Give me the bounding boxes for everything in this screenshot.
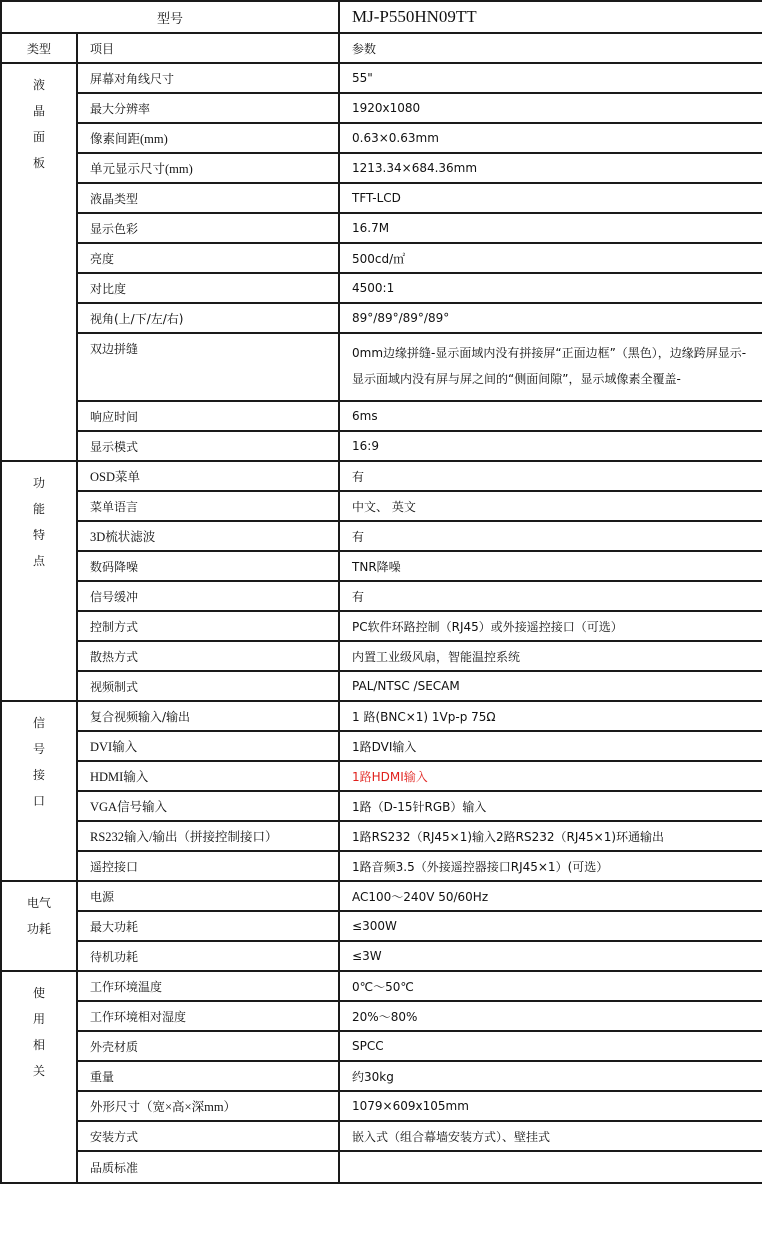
item-label: 工作环境温度 [77,971,339,1001]
table-row: VGA信号输入 1路（D-15针RGB）输入 [1,791,762,821]
item-label: DVI输入 [77,731,339,761]
table-row: 液 晶 面 板 屏幕对角线尺寸 55" [1,63,762,93]
table-row: 遥控接口 1路音频3.5（外接遥控器接口RJ45×1）(可选） [1,851,762,881]
item-value: AC100～240V 50/60Hz [339,881,762,911]
model-label: 型号 [1,1,339,33]
item-value: 0℃～50℃ [339,971,762,1001]
item-value: TNR降噪 [339,551,762,581]
table-row: 外壳材质 SPCC [1,1031,762,1061]
table-row: 信号缓冲 有 [1,581,762,611]
item-value: ≤300W [339,911,762,941]
table-row: 品质标准 [1,1151,762,1183]
table-row: 响应时间 6ms [1,401,762,431]
item-label: RS232输入/输出（拼接控制接口） [77,821,339,851]
table-row: 控制方式 PC软件环路控制（RJ45）或外接遥控接口（可选） [1,611,762,641]
table-row: 功 能 特 点 OSD菜单 有 [1,461,762,491]
model-row: 型号 MJ-P550HN09TT [1,1,762,33]
table-row: 像素间距(mm) 0.63×0.63mm [1,123,762,153]
item-label: 菜单语言 [77,491,339,521]
item-value: 1920x1080 [339,93,762,123]
table-row: 信 号 接 口 复合视频输入/输出 1 路(BNC×1) 1Vp-p 75Ω [1,701,762,731]
item-value: 有 [339,521,762,551]
table-row: 显示模式 16:9 [1,431,762,461]
group-power: 电气 功耗 [1,881,77,971]
table-row: 数码降噪 TNR降噪 [1,551,762,581]
item-label: 工作环境相对湿度 [77,1001,339,1031]
group-signal-interface: 信 号 接 口 [1,701,77,881]
table-row: 安装方式 嵌入式（组合幕墙安装方式）、壁挂式 [1,1121,762,1151]
item-value: 嵌入式（组合幕墙安装方式）、壁挂式 [339,1121,762,1151]
item-label: 外壳材质 [77,1031,339,1061]
item-label: OSD菜单 [77,461,339,491]
item-value: 4500:1 [339,273,762,303]
item-value: 16:9 [339,431,762,461]
item-value: 20%～80% [339,1001,762,1031]
table-row: 3D梳状滤波 有 [1,521,762,551]
item-value: 1路音频3.5（外接遥控器接口RJ45×1）(可选） [339,851,762,881]
group-usage: 使 用 相 关 [1,971,77,1183]
item-label: 响应时间 [77,401,339,431]
item-value: 55" [339,63,762,93]
item-value: 0.63×0.63mm [339,123,762,153]
item-value: 有 [339,581,762,611]
item-value: 1079×609x105mm [339,1091,762,1121]
group-features: 功 能 特 点 [1,461,77,701]
table-row: 液晶类型 TFT-LCD [1,183,762,213]
item-value-highlighted: 1路HDMI输入 [339,761,762,791]
table-row: 菜单语言 中文、 英文 [1,491,762,521]
table-row: 最大分辨率 1920x1080 [1,93,762,123]
item-label: 像素间距(mm) [77,123,339,153]
item-label: 显示色彩 [77,213,339,243]
item-label: 显示模式 [77,431,339,461]
item-label: 液晶类型 [77,183,339,213]
item-label: 亮度 [77,243,339,273]
table-row: RS232输入/输出（拼接控制接口） 1路RS232（RJ45×1)输入2路RS… [1,821,762,851]
table-row: 双边拼缝 0mm边缘拼缝-显示面域内没有拼接屏“正面边框”（黑色），边缘跨屏显示… [1,333,762,401]
item-label: 外形尺寸（宽×高×深mm） [77,1091,339,1121]
item-value: 89°/89°/89°/89° [339,303,762,333]
item-label: VGA信号输入 [77,791,339,821]
item-value: PC软件环路控制（RJ45）或外接遥控接口（可选） [339,611,762,641]
table-row: HDMI输入 1路HDMI输入 [1,761,762,791]
item-value: 有 [339,461,762,491]
spec-table: 型号 MJ-P550HN09TT 类型 项目 参数 液 晶 面 板 屏幕对角线尺… [0,0,762,1184]
item-value: 1 路(BNC×1) 1Vp-p 75Ω [339,701,762,731]
item-value: TFT-LCD [339,183,762,213]
item-label: 电源 [77,881,339,911]
model-value: MJ-P550HN09TT [339,1,762,33]
table-row: 待机功耗 ≤3W [1,941,762,971]
item-value [339,1151,762,1183]
table-row: 最大功耗 ≤300W [1,911,762,941]
table-row: 视角(上/下/左/右) 89°/89°/89°/89° [1,303,762,333]
item-value: ≤3W [339,941,762,971]
item-value: 16.7M [339,213,762,243]
table-row: 对比度 4500:1 [1,273,762,303]
item-value: 0mm边缘拼缝-显示面域内没有拼接屏“正面边框”（黑色），边缘跨屏显示-显示面域… [339,333,762,401]
table-row: 显示色彩 16.7M [1,213,762,243]
item-label: 视频制式 [77,671,339,701]
item-label: 遥控接口 [77,851,339,881]
item-label: 3D梳状滤波 [77,521,339,551]
item-label: 散热方式 [77,641,339,671]
item-value: 6ms [339,401,762,431]
item-label: HDMI输入 [77,761,339,791]
column-header-row: 类型 项目 参数 [1,33,762,63]
table-row: 视频制式 PAL/NTSC /SECAM [1,671,762,701]
item-value: 1路（D-15针RGB）输入 [339,791,762,821]
table-row: 散热方式 内置工业级风扇，智能温控系统 [1,641,762,671]
item-label: 最大功耗 [77,911,339,941]
item-value: 1213.34×684.36mm [339,153,762,183]
table-row: 外形尺寸（宽×高×深mm） 1079×609x105mm [1,1091,762,1121]
item-value: SPCC [339,1031,762,1061]
item-label: 品质标准 [77,1151,339,1183]
table-row: 使 用 相 关 工作环境温度 0℃～50℃ [1,971,762,1001]
item-value: PAL/NTSC /SECAM [339,671,762,701]
item-label: 复合视频输入/输出 [77,701,339,731]
item-label: 双边拼缝 [77,333,339,401]
item-label: 视角(上/下/左/右) [77,303,339,333]
table-row: 单元显示尺寸(mm) 1213.34×684.36mm [1,153,762,183]
item-label: 控制方式 [77,611,339,641]
table-row: 重量 约30kg [1,1061,762,1091]
table-row: 电气 功耗 电源 AC100～240V 50/60Hz [1,881,762,911]
item-value: 500cd/㎡ [339,243,762,273]
col-header-item: 项目 [77,33,339,63]
item-label: 数码降噪 [77,551,339,581]
col-header-type: 类型 [1,33,77,63]
group-lcd-panel: 液 晶 面 板 [1,63,77,461]
item-label: 单元显示尺寸(mm) [77,153,339,183]
item-label: 重量 [77,1061,339,1091]
item-value: 内置工业级风扇，智能温控系统 [339,641,762,671]
table-row: 亮度 500cd/㎡ [1,243,762,273]
item-label: 最大分辨率 [77,93,339,123]
item-label: 信号缓冲 [77,581,339,611]
table-row: 工作环境相对湿度 20%～80% [1,1001,762,1031]
item-label: 安装方式 [77,1121,339,1151]
item-value: 1路RS232（RJ45×1)输入2路RS232（RJ45×1)环通输出 [339,821,762,851]
item-label: 屏幕对角线尺寸 [77,63,339,93]
item-label: 对比度 [77,273,339,303]
table-row: DVI输入 1路DVI输入 [1,731,762,761]
col-header-param: 参数 [339,33,762,63]
item-value: 约30kg [339,1061,762,1091]
item-value: 中文、 英文 [339,491,762,521]
item-label: 待机功耗 [77,941,339,971]
item-value: 1路DVI输入 [339,731,762,761]
